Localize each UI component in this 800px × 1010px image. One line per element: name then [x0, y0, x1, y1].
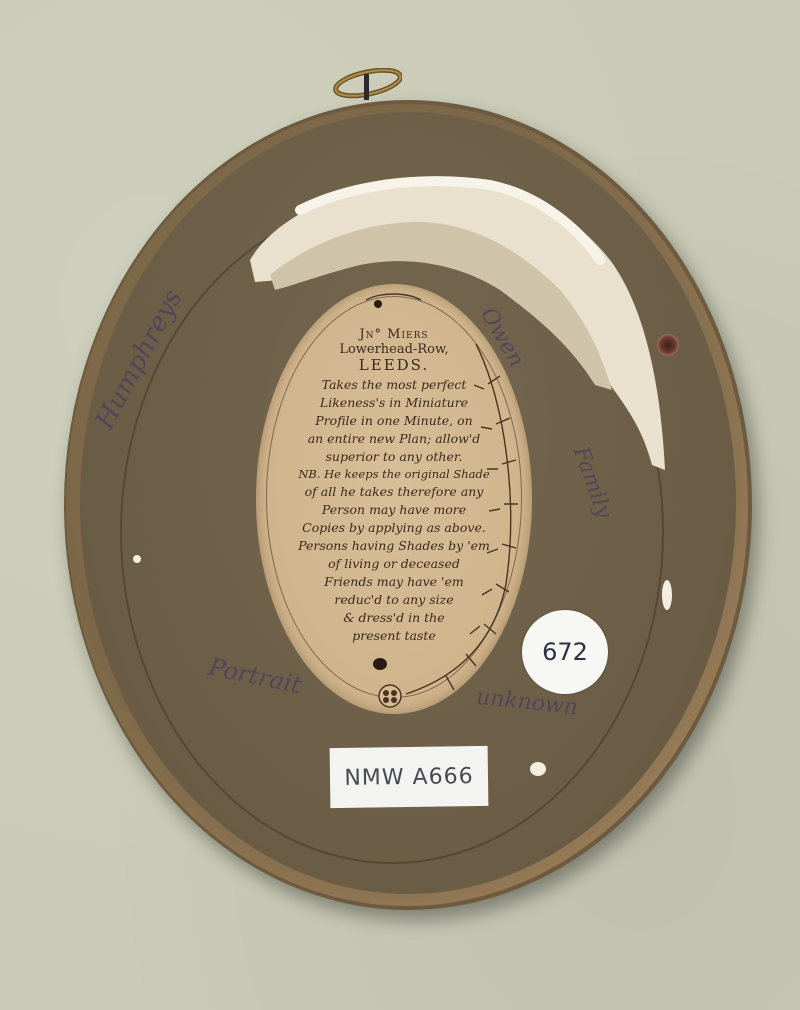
photo-scene: Jn° Miers Lowerhead-Row, LEEDS. Takes th… [0, 0, 800, 1010]
label-line: Persons having Shades by 'em [256, 540, 532, 553]
paper-fleck [662, 580, 672, 610]
label-city: LEEDS. [256, 358, 532, 373]
label-line: Likeness's in Miniature [256, 397, 532, 410]
label-line: NB. He keeps the original Shade [256, 469, 532, 481]
label-line: an entire new Plan; allow'd [256, 433, 532, 446]
paper-fleck [530, 762, 546, 776]
label-line: reduc'd to any size [256, 594, 532, 607]
label-line: Copies by applying as above. [256, 522, 532, 535]
label-address: Lowerhead-Row, [256, 343, 532, 356]
label-line: of all he takes therefore any [256, 486, 532, 499]
accession-number-label: NMW A666 [330, 746, 489, 808]
label-line: Takes the most perfect [256, 379, 532, 392]
label-line: superior to any other. [256, 451, 532, 464]
hanging-ring-icon [330, 68, 402, 102]
nail-hole [657, 334, 679, 356]
label-line: Profile in one Minute, on [256, 415, 532, 428]
label-line: of living or deceased [256, 558, 532, 571]
trade-label-text: Jn° Miers Lowerhead-Row, LEEDS. Takes th… [256, 328, 532, 642]
label-line: & dress'd in the [256, 612, 532, 625]
label-line: Friends may have 'em [256, 576, 532, 589]
label-line: present taste [256, 630, 532, 643]
number-sticker: 672 [522, 610, 608, 694]
paper-fleck [133, 555, 141, 563]
label-line: Person may have more [256, 504, 532, 517]
